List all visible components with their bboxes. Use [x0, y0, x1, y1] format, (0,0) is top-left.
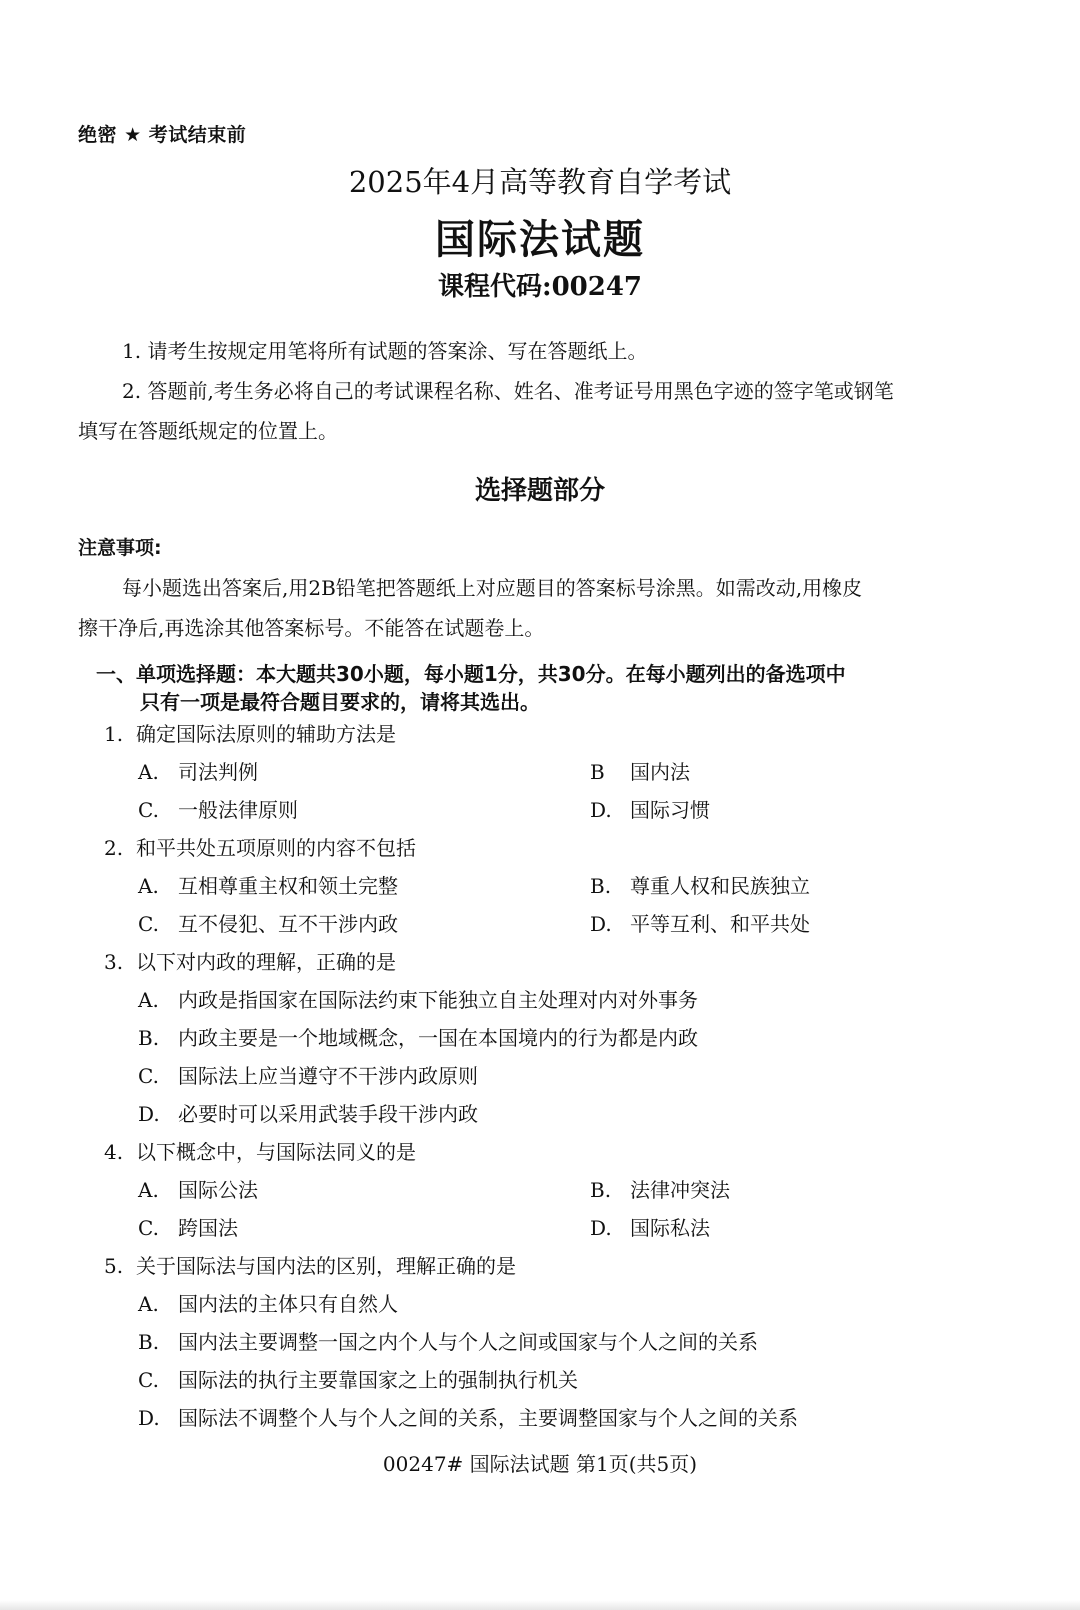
question-5-option-c: C.国际法的执行主要靠国家之上的强制执行机关: [138, 1364, 578, 1393]
question-number: 4.: [104, 1140, 136, 1164]
question-number: 5.: [104, 1254, 136, 1278]
question-number: 2.: [104, 836, 136, 860]
option-label: D.: [590, 912, 630, 936]
option-text: 国内法的主体只有自然人: [178, 1292, 398, 1316]
option-label: A.: [138, 874, 178, 898]
option-text: 内政是指国家在国际法约束下能独立自主处理对内对外事务: [178, 988, 698, 1012]
option-label: A.: [138, 1292, 178, 1316]
question-5-stem: 5.关于国际法与国内法的区别，理解正确的是: [104, 1250, 516, 1279]
question-text: 以下概念中，与国际法同义的是: [136, 1140, 416, 1164]
option-label: A.: [138, 1178, 178, 1202]
option-text: 跨国法: [178, 1216, 238, 1240]
option-text: 国际私法: [630, 1216, 710, 1240]
question-text: 以下对内政的理解，正确的是: [136, 950, 396, 974]
option-label: C.: [138, 1064, 178, 1088]
section-title: 选择题部分: [0, 470, 1080, 507]
question-2-option-d: D.平等互利、和平共处: [590, 908, 810, 937]
question-4-option-a: A.国际公法: [138, 1174, 258, 1203]
question-1-option-b: B国内法: [590, 756, 690, 785]
question-5-option-d: D.国际法不调整个人与个人之间的关系，主要调整国家与个人之间的关系: [138, 1402, 798, 1431]
question-1-stem: 1.确定国际法原则的辅助方法是: [104, 718, 396, 747]
option-text: 必要时可以采用武装手段干涉内政: [178, 1102, 478, 1126]
question-2-option-b: B.尊重人权和民族独立: [590, 870, 810, 899]
exam-page: 绝密 ★ 考试结束前 2025年4月高等教育自学考试 国际法试题 课程代码:00…: [0, 0, 1080, 1610]
option-label: B.: [138, 1330, 178, 1354]
instruction-2: 2. 答题前,考生务必将自己的考试课程名称、姓名、准考证号用黑色字迹的签字笔或钢…: [122, 375, 894, 404]
question-3-option-c: C.国际法上应当遵守不干涉内政原则: [138, 1060, 478, 1089]
question-1-option-a: A.司法判例: [138, 756, 258, 785]
part-heading-continued: 只有一项是最符合题目要求的，请将其选出。: [140, 686, 540, 715]
option-text: 国际法上应当遵守不干涉内政原则: [178, 1064, 478, 1088]
notes-label: 注意事项:: [78, 533, 162, 560]
option-label: A.: [138, 988, 178, 1012]
question-number: 3.: [104, 950, 136, 974]
option-text: 国际法的执行主要靠国家之上的强制执行机关: [178, 1368, 578, 1392]
course-code: 课程代码:00247: [0, 266, 1080, 303]
option-label: C.: [138, 1216, 178, 1240]
question-4-option-d: D.国际私法: [590, 1212, 710, 1241]
question-4-stem: 4.以下概念中，与国际法同义的是: [104, 1136, 416, 1165]
confidential-label: 绝密 ★ 考试结束前: [78, 120, 246, 147]
question-3-stem: 3.以下对内政的理解，正确的是: [104, 946, 396, 975]
option-label: D.: [590, 798, 630, 822]
page-edge: [0, 1600, 1080, 1610]
question-2-option-a: A.互相尊重主权和领土完整: [138, 870, 398, 899]
option-text: 法律冲突法: [630, 1178, 730, 1202]
option-text: 国际习惯: [630, 798, 710, 822]
option-text: 司法判例: [178, 760, 258, 784]
question-1-option-c: C.一般法律原则: [138, 794, 298, 823]
question-5-option-a: A.国内法的主体只有自然人: [138, 1288, 398, 1317]
question-text: 和平共处五项原则的内容不包括: [136, 836, 416, 860]
option-label: C.: [138, 1368, 178, 1392]
question-3-option-d: D.必要时可以采用武装手段干涉内政: [138, 1098, 478, 1127]
question-2-option-c: C.互不侵犯、互不干涉内政: [138, 908, 398, 937]
option-text: 平等互利、和平共处: [630, 912, 810, 936]
option-text: 国际法不调整个人与个人之间的关系，主要调整国家与个人之间的关系: [178, 1406, 798, 1430]
question-3-option-b: B.内政主要是一个地域概念，一国在本国境内的行为都是内政: [138, 1022, 698, 1051]
option-text: 国际公法: [178, 1178, 258, 1202]
option-label: B: [590, 760, 630, 784]
question-2-stem: 2.和平共处五项原则的内容不包括: [104, 832, 416, 861]
part-heading: 一、单项选择题：本大题共30小题，每小题1分，共30分。在每小题列出的备选项中: [96, 658, 846, 687]
option-label: B.: [138, 1026, 178, 1050]
instruction-2-continued: 填写在答题纸规定的位置上。: [78, 415, 338, 444]
option-text: 互不侵犯、互不干涉内政: [178, 912, 398, 936]
question-4-option-c: C.跨国法: [138, 1212, 238, 1241]
question-1-option-d: D.国际习惯: [590, 794, 710, 823]
option-text: 国内法主要调整一国之内个人与个人之间或国家与个人之间的关系: [178, 1330, 758, 1354]
question-text: 确定国际法原则的辅助方法是: [136, 722, 396, 746]
question-number: 1.: [104, 722, 136, 746]
question-3-option-a: A.内政是指国家在国际法约束下能独立自主处理对内对外事务: [138, 984, 698, 1013]
option-label: A.: [138, 760, 178, 784]
option-text: 互相尊重主权和领土完整: [178, 874, 398, 898]
option-label: C.: [138, 798, 178, 822]
page-footer: 00247# 国际法试题 第1页(共5页): [0, 1448, 1080, 1477]
option-label: D.: [138, 1406, 178, 1430]
exam-title: 2025年4月高等教育自学考试: [0, 160, 1080, 201]
option-label: B.: [590, 874, 630, 898]
option-text: 一般法律原则: [178, 798, 298, 822]
subject-title: 国际法试题: [0, 208, 1080, 265]
question-4-option-b: B.法律冲突法: [590, 1174, 730, 1203]
option-label: D.: [138, 1102, 178, 1126]
option-text: 国内法: [630, 760, 690, 784]
note-line-2: 擦干净后,再选涂其他答案标号。不能答在试题卷上。: [78, 612, 544, 641]
option-label: B.: [590, 1178, 630, 1202]
option-label: C.: [138, 912, 178, 936]
question-5-option-b: B.国内法主要调整一国之内个人与个人之间或国家与个人之间的关系: [138, 1326, 758, 1355]
question-text: 关于国际法与国内法的区别，理解正确的是: [136, 1254, 516, 1278]
option-text: 尊重人权和民族独立: [630, 874, 810, 898]
option-label: D.: [590, 1216, 630, 1240]
note-line-1: 每小题选出答案后,用2B铅笔把答题纸上对应题目的答案标号涂黑。如需改动,用橡皮: [122, 572, 862, 601]
option-text: 内政主要是一个地域概念，一国在本国境内的行为都是内政: [178, 1026, 698, 1050]
instruction-1: 1. 请考生按规定用笔将所有试题的答案涂、写在答题纸上。: [122, 335, 647, 364]
